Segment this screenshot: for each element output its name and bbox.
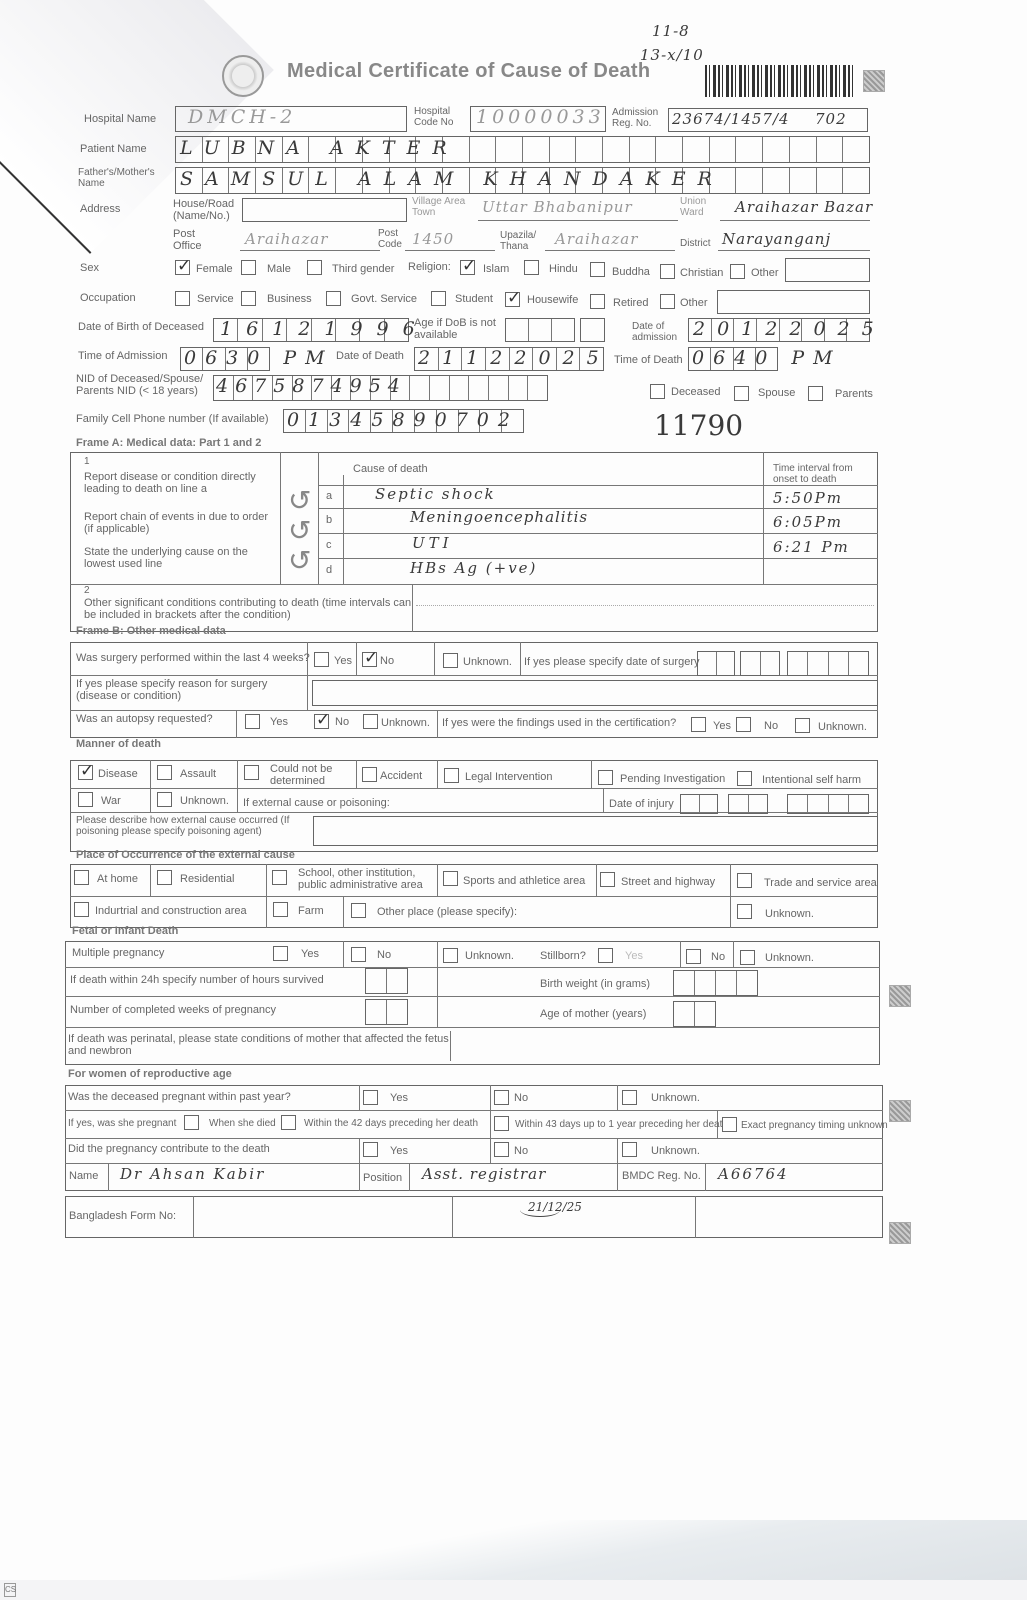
timing-when-died-checkbox[interactable] [184, 1115, 199, 1130]
manner-pending-checkbox[interactable] [598, 770, 613, 785]
parent-name-value: SAMSUL ALAM KHANDAKER [180, 168, 724, 190]
phone-label: Family Cell Phone number (If available) [76, 413, 269, 425]
place-other-label: Other place (please specify): [377, 906, 517, 918]
place-trade-checkbox[interactable] [737, 873, 752, 888]
hours-survived-field[interactable] [365, 968, 408, 994]
cause-letter-d: d [326, 564, 332, 576]
place-school-checkbox[interactable] [272, 870, 287, 885]
occupation-label: Occupation [80, 292, 136, 304]
manner-assault-label: Assault [180, 768, 216, 780]
time-interval-header: Time interval from onset to death [773, 463, 873, 485]
scanner-logo-icon: CS [4, 1583, 16, 1597]
union-value: Araihazar Bazar [735, 198, 873, 216]
contribute-unknown-checkbox[interactable] [622, 1142, 637, 1157]
hours-survived-label: If death within 24h specify number of ho… [70, 974, 324, 986]
contribute-yes-checkbox[interactable] [363, 1142, 378, 1157]
admission-reg-extra: 702 [815, 110, 847, 128]
nid-parents-label: Parents [835, 388, 873, 400]
manner-accident-label: Accident [380, 770, 422, 782]
place-school-label: School, other institution, public admini… [298, 867, 438, 891]
religion-christian-label: Christian [680, 267, 723, 279]
occupation-service-checkbox[interactable] [175, 291, 190, 306]
place-other-checkbox[interactable] [351, 903, 366, 918]
upazila-value: Araihazar [555, 230, 638, 248]
injury-date-day[interactable] [680, 794, 718, 814]
surgery-no-checkbox[interactable] [362, 652, 377, 667]
manner-unknown-label: Unknown. [180, 795, 229, 807]
injury-date-label: Date of injury [609, 798, 674, 810]
manner-disease-checkbox[interactable] [78, 765, 93, 780]
timing-43-days-checkbox[interactable] [494, 1116, 509, 1131]
cause-a-value: Septic shock [375, 485, 496, 503]
certifier-name-label: Name [69, 1170, 98, 1182]
dob-value: 16121996 [220, 318, 429, 340]
manner-selfharm-checkbox[interactable] [737, 771, 752, 786]
stillborn-label: Stillborn? [540, 950, 586, 962]
place-unknown-label: Unknown. [765, 908, 814, 920]
admission-reg-label: Admission Reg. No. [612, 107, 668, 129]
sex-male-label: Male [267, 263, 291, 275]
manner-undetermined-label: Could not be determined [270, 763, 350, 787]
findings-no-checkbox[interactable] [736, 717, 751, 732]
place-street-checkbox[interactable] [600, 872, 615, 887]
pregnant-no-checkbox[interactable] [494, 1090, 509, 1105]
nid-deceased-checkbox[interactable] [650, 384, 665, 399]
hospital-name-label: Hospital Name [84, 113, 156, 125]
patient-name-label: Patient Name [80, 143, 147, 155]
side-qr-code-icon-3 [889, 1222, 911, 1244]
timing-42-days-label: Within the 42 days preceding her death [304, 1118, 478, 1129]
cause-c-value: UTI [412, 534, 453, 552]
bmdc-value: A66764 [718, 1165, 789, 1183]
occupation-other-label: Other [680, 297, 708, 309]
manner-accident-checkbox[interactable] [362, 767, 377, 782]
pregnant-question: Was the deceased pregnant within past ye… [68, 1091, 291, 1103]
injury-date-year[interactable] [787, 794, 869, 814]
occupation-service-label: Service [197, 293, 234, 305]
surgery-question: Was surgery performed within the last 4 … [76, 652, 310, 664]
reproductive-heading: For women of reproductive age [68, 1068, 232, 1080]
autopsy-question: Was an autopsy requested? [76, 713, 213, 725]
certifier-name-value: Dr Ahsan Kabir [120, 1165, 265, 1183]
sex-label: Sex [80, 262, 99, 274]
signature-icon [520, 1203, 560, 1217]
religion-other-checkbox[interactable] [730, 264, 745, 279]
multiple-no-checkbox[interactable] [351, 947, 366, 962]
post-code-value: 1450 [412, 230, 454, 248]
findings-yes-checkbox[interactable] [691, 717, 706, 732]
pregnant-no-label: No [514, 1092, 528, 1104]
place-industrial-checkbox[interactable] [74, 902, 89, 917]
place-heading: Place of Occurrence of the external caus… [76, 849, 295, 861]
autopsy-yes-label: Yes [270, 716, 288, 728]
findings-yes-label: Yes [713, 720, 731, 732]
surgery-reason-label: If yes please specify reason for surgery… [76, 678, 306, 702]
house-road-field[interactable] [242, 198, 407, 222]
surgery-date-year[interactable] [787, 651, 869, 676]
surgery-reason-field[interactable] [312, 680, 878, 706]
address-label: Address [80, 203, 120, 215]
age-field[interactable] [505, 318, 575, 342]
stillborn-yes-label: Yes [625, 950, 643, 962]
side-qr-code-icon-2 [889, 1100, 911, 1122]
frame-a-heading: Frame A: Medical data: Part 1 and 2 [76, 437, 261, 449]
death-date-value: 21122025 [418, 347, 611, 369]
occupation-business-checkbox[interactable] [241, 291, 256, 306]
nid-label: NID of Deceased/Spouse/ Parents NID (< 1… [76, 373, 211, 397]
place-unknown-checkbox[interactable] [737, 904, 752, 919]
autopsy-no-checkbox[interactable] [314, 714, 329, 729]
post-office-label: Post Office [173, 228, 213, 252]
sex-female-checkbox[interactable] [175, 260, 190, 275]
surgery-date-label: If yes please specify date of surgery [524, 656, 699, 668]
timing-43-days-label: Within 43 days up to 1 year preceding he… [515, 1119, 728, 1130]
place-home-checkbox[interactable] [74, 870, 89, 885]
findings-unknown-checkbox[interactable] [795, 718, 810, 733]
interval-c-value: 6:21 Pm [773, 538, 850, 556]
occupation-govt-label: Govt. Service [351, 293, 417, 305]
post-office-value: Araihazar [245, 230, 328, 248]
place-sports-checkbox[interactable] [443, 871, 458, 886]
contribute-question: Did the pregnancy contribute to the deat… [68, 1143, 270, 1155]
nid-parents-checkbox[interactable] [808, 386, 823, 401]
surgery-date-day[interactable] [697, 651, 735, 676]
surgery-unknown-checkbox[interactable] [443, 653, 458, 668]
religion-label: Religion: [408, 261, 451, 273]
religion-hindu-checkbox[interactable] [524, 260, 539, 275]
occupation-retired-label: Retired [613, 297, 648, 309]
nid-deceased-label: Deceased [671, 386, 721, 398]
occupation-housewife-label: Housewife [527, 294, 578, 306]
top-annotation-2: 13-x/10 [640, 46, 704, 64]
autopsy-yes-checkbox[interactable] [245, 714, 260, 729]
religion-islam-label: Islam [483, 263, 509, 275]
weeks-pregnancy-label: Number of completed weeks of pregnancy [70, 1004, 276, 1016]
place-trade-label: Trade and service area [764, 877, 877, 889]
manner-heading: Manner of death [76, 738, 161, 750]
injury-date-month[interactable] [728, 794, 768, 814]
hospital-code-value: 10000033 [476, 106, 605, 128]
death-time-value: 0640 PM [692, 347, 842, 369]
paper-crease [0, 1520, 1027, 1580]
surgery-unknown-label: Unknown. [463, 656, 512, 668]
place-sports-label: Sports and athletice area [463, 875, 585, 887]
place-residential-checkbox[interactable] [157, 870, 172, 885]
describe-external-field[interactable] [313, 816, 878, 846]
mother-age-label: Age of mother (years) [540, 1008, 646, 1020]
manner-pending-label: Pending Investigation [620, 773, 725, 785]
occupation-student-checkbox[interactable] [431, 291, 446, 306]
manner-legal-label: Legal Intervention [465, 771, 552, 783]
parent-name-label: Father's/Mother's Name [78, 167, 168, 189]
certificate-page: Medical Certificate of Cause of Death 11… [0, 0, 1027, 1580]
contribute-unknown-label: Unknown. [651, 1145, 700, 1157]
multiple-pregnancy-label: Multiple pregnancy [72, 947, 164, 959]
occupation-retired-checkbox[interactable] [590, 294, 605, 309]
upazila-label: Upazila/ Thana [500, 230, 540, 252]
cause-letter-c: c [326, 539, 332, 551]
hospital-code-label: Hospital Code No [414, 106, 464, 128]
nid-spouse-checkbox[interactable] [734, 386, 749, 401]
sex-male-checkbox[interactable] [241, 260, 256, 275]
part1-underlying-instruction: State the underlying cause on the lowest… [84, 546, 274, 570]
dob-label: Date of Birth of Deceased [78, 321, 204, 333]
stillborn-unknown-checkbox[interactable] [740, 950, 755, 965]
qr-code-icon [863, 70, 885, 92]
sex-third-gender-checkbox[interactable] [307, 260, 322, 275]
barcode-icon [705, 65, 855, 97]
bmdc-label: BMDC Reg. No. [622, 1170, 701, 1182]
findings-no-label: No [764, 720, 778, 732]
place-industrial-label: Indurtrial and construction area [95, 905, 247, 917]
admission-time-value: 0630 PM [184, 347, 334, 369]
manner-legal-checkbox[interactable] [444, 768, 459, 783]
manner-undetermined-checkbox[interactable] [244, 765, 259, 780]
patient-name-value: LUBNA AKTER [180, 137, 459, 159]
position-label: Position [363, 1172, 402, 1184]
religion-hindu-label: Hindu [549, 263, 578, 275]
perinatal-field[interactable] [454, 1031, 878, 1061]
side-qr-code-icon-1 [889, 985, 911, 1007]
timing-42-days-checkbox[interactable] [281, 1115, 296, 1130]
birth-weight-label: Birth weight (in grams) [540, 978, 650, 990]
pregnant-yes-label: Yes [390, 1092, 408, 1104]
surgery-date-month[interactable] [740, 651, 780, 676]
contribute-yes-label: Yes [390, 1145, 408, 1157]
manner-unknown-checkbox[interactable] [157, 792, 172, 807]
timing-unknown-checkbox[interactable] [722, 1117, 737, 1132]
place-farm-label: Farm [298, 905, 324, 917]
death-date-label: Date of Death [336, 350, 404, 362]
cause-d-value: HBs Ag (+ve) [410, 559, 537, 577]
contribute-no-checkbox[interactable] [494, 1142, 509, 1157]
religion-buddha-label: Buddha [612, 266, 650, 278]
manner-war-checkbox[interactable] [78, 792, 93, 807]
form-no-table [65, 1196, 883, 1238]
multiple-yes-label: Yes [301, 948, 319, 960]
religion-other-label: Other [751, 267, 779, 279]
stillborn-unknown-label: Unknown. [765, 952, 814, 964]
multiple-unknown-label: Unknown. [465, 950, 514, 962]
religion-christian-checkbox[interactable] [660, 264, 675, 279]
phone-value: 01345890702 [287, 409, 519, 431]
serial-annotation: 11790 [654, 409, 743, 442]
occupation-other-checkbox[interactable] [660, 294, 675, 309]
external-cause-label: If external cause or poisoning: [243, 797, 390, 809]
hospital-name-value: DMCH-2 [188, 106, 296, 128]
occupation-housewife-checkbox[interactable] [505, 292, 520, 307]
interval-b-value: 6:05Pm [773, 513, 843, 531]
timing-unknown-label: Exact pregnancy timing unknown [741, 1120, 888, 1131]
religion-buddha-checkbox[interactable] [590, 262, 605, 277]
manner-disease-label: Disease [98, 768, 138, 780]
describe-external-label: Please describe how external cause occur… [76, 815, 316, 837]
autopsy-unknown-label: Unknown. [381, 717, 430, 729]
age-label: Age if DoB is not available [414, 317, 504, 341]
pregnant-yes-checkbox[interactable] [363, 1090, 378, 1105]
place-street-label: Street and highway [621, 876, 715, 888]
findings-unknown-label: Unknown. [818, 721, 867, 733]
autopsy-unknown-checkbox[interactable] [363, 714, 378, 729]
autopsy-no-label: No [335, 716, 349, 728]
sex-third-gender-label: Third gender [332, 263, 394, 275]
house-road-label: House/Road (Name/No.) [173, 198, 243, 222]
admission-time-label: Time of Admission [78, 350, 167, 362]
part1-chain-instruction: Report chain of events in due to order (… [84, 511, 274, 535]
pregnancy-timing-label: If yes, was she pregnant [68, 1118, 176, 1129]
occupation-govt-checkbox[interactable] [326, 291, 341, 306]
cause-letter-a: a [326, 490, 332, 502]
post-code-label: Post Code [378, 228, 408, 250]
manner-selfharm-label: Intentional self harm [762, 774, 861, 786]
village-value: Uttar Bhabanipur [482, 198, 633, 216]
admission-reg-value: 23674/1457/4 [672, 110, 790, 128]
place-residential-label: Residential [180, 873, 234, 885]
age-unit-field[interactable] [580, 318, 605, 342]
religion-other-field[interactable] [785, 258, 870, 282]
place-home-label: At home [97, 873, 138, 885]
government-seal-icon [222, 55, 264, 97]
form-no-label: Bangladesh Form No: [69, 1210, 176, 1222]
interval-a-value: 5:50Pm [773, 489, 843, 507]
frame-b-heading: Frame B: Other medical data [76, 625, 226, 637]
part2-number: 2 [84, 585, 90, 596]
union-label: Union Ward [680, 196, 720, 218]
surgery-no-label: No [380, 655, 394, 667]
stillborn-no-label: No [711, 951, 725, 963]
pregnant-unknown-checkbox[interactable] [622, 1090, 637, 1105]
surgery-yes-checkbox[interactable] [314, 652, 329, 667]
occupation-business-label: Business [267, 293, 312, 305]
cause-of-death-header: Cause of death [353, 463, 428, 475]
fetal-heading: Fetal or Infant Death [72, 925, 178, 937]
position-value: Asst. registrar [422, 1165, 546, 1183]
top-annotation-1: 11-8 [652, 22, 690, 40]
place-farm-checkbox[interactable] [273, 902, 288, 917]
weeks-pregnancy-field[interactable] [365, 999, 408, 1025]
findings-question: If yes were the findings used in the cer… [442, 717, 676, 729]
perinatal-label: If death was perinatal, please state con… [68, 1033, 453, 1057]
religion-islam-checkbox[interactable] [460, 260, 475, 275]
admission-date-label: Date of admission [632, 321, 692, 343]
birth-weight-field[interactable] [673, 970, 758, 996]
multiple-no-label: No [377, 949, 391, 961]
cause-b-value: Meningoencephalitis [410, 508, 588, 526]
village-label: Village Area Town [412, 196, 477, 218]
death-time-label: Time of Death [614, 354, 683, 366]
district-label: District [680, 238, 711, 249]
pregnant-unknown-label: Unknown. [651, 1092, 700, 1104]
multiple-yes-checkbox[interactable] [273, 946, 288, 961]
page-title: Medical Certificate of Cause of Death [287, 60, 650, 83]
nid-value: 4675874954 [216, 375, 407, 397]
nid-spouse-label: Spouse [758, 387, 795, 399]
manner-war-label: War [101, 795, 121, 807]
surgery-yes-label: Yes [334, 655, 352, 667]
stillborn-no-checkbox[interactable] [686, 949, 701, 964]
chain-arrow-icons: ↺↺↺ [288, 486, 311, 576]
sex-female-label: Female [196, 263, 233, 275]
timing-when-died-label: When she died [209, 1118, 276, 1129]
manner-assault-checkbox[interactable] [157, 765, 172, 780]
stillborn-yes-checkbox[interactable] [598, 948, 613, 963]
part1-number: 1 [84, 456, 90, 467]
mother-age-field[interactable] [673, 1001, 716, 1027]
district-value: Narayanganj [722, 230, 831, 248]
occupation-other-field[interactable] [717, 290, 870, 314]
part2-label: Other significant conditions contributin… [84, 597, 414, 621]
occupation-student-label: Student [455, 293, 493, 305]
part1-line-a-instruction: Report disease or condition directly lea… [84, 471, 274, 495]
cause-letter-b: b [326, 514, 332, 526]
admission-date-value: 20122025 [693, 318, 886, 340]
multiple-unknown-checkbox[interactable] [443, 948, 458, 963]
contribute-no-label: No [514, 1145, 528, 1157]
